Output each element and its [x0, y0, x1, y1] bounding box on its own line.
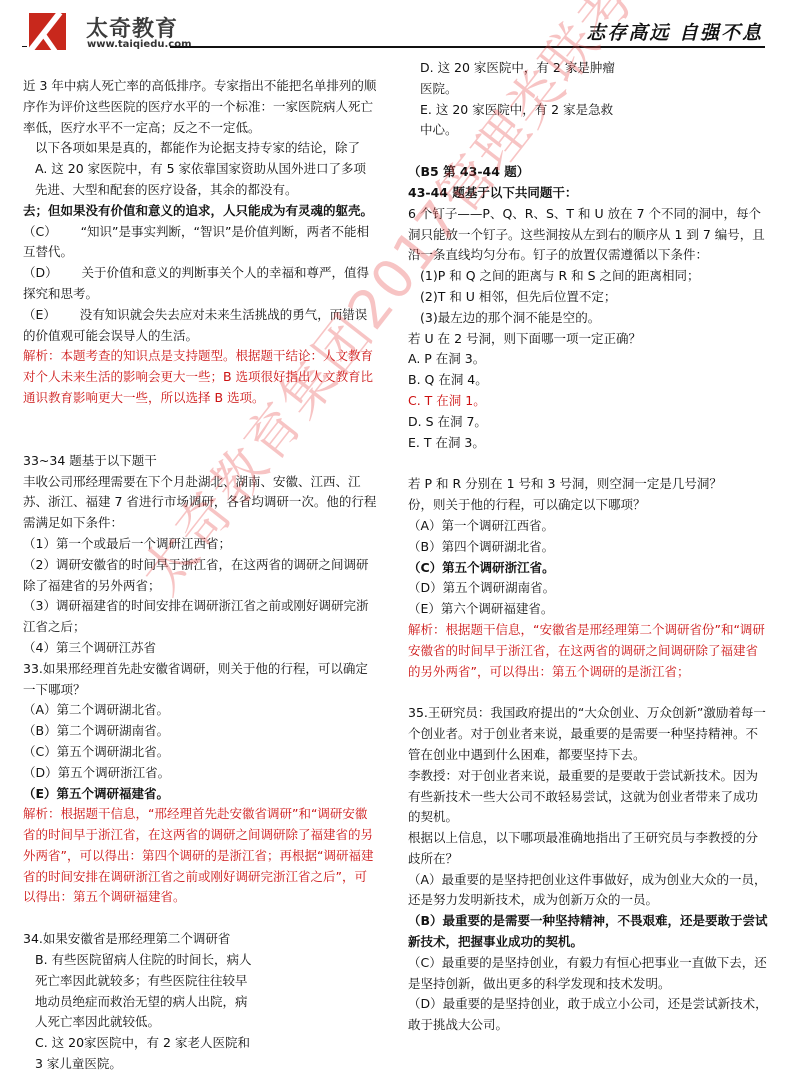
right-column: D. 这 20 家医院中，有 2 家是肿瘤医院。 E. 这 20 家医院中，有 … — [408, 58, 768, 1036]
condition-2: （2）调研安徽省的时间早于浙江省，在这两省的调研之间调研除了福建省的另外两省； — [23, 555, 378, 597]
peg-condition-1: (1)P 和 Q 之间的距离与 R 和 S 之间的距离相同； — [408, 266, 768, 287]
q43-question: 若 U 在 2 号洞，则下面哪一项一定正确？ — [408, 329, 768, 350]
brand-url: www.taiqiedu.com — [87, 39, 192, 50]
q33-analysis: 解析：根据题干信息，“邢经理首先赴安徽省调研”和“调研安徽省的时间早于浙江省，在… — [23, 804, 378, 908]
b5-heading: （B5 第 43-44 题） — [408, 162, 768, 183]
prev-option-e: （E） 没有知识就会失去应对未来生活挑战的勇气，而错误的价值观可能会误导人的生活… — [23, 305, 378, 347]
peg-condition-2: (2)T 和 U 相邻，但先后位置不定； — [408, 287, 768, 308]
prev-analysis: 解析：本题考查的知识点是支持题型。根据题干结论：人文教育对个人未来生活的影响会更… — [23, 346, 378, 408]
q43-option-e: E. T 在洞 3。 — [408, 433, 768, 454]
q35-stem-wang: 35.王研究员：我国政府提出的“大众创业、万众创新”激励着每一个创业者。对于创业… — [408, 703, 768, 765]
q34-analysis: 解析：根据题干信息，“安徽省是邢经理第二个调研省份”和“调研安徽省的时间早于浙江… — [408, 620, 768, 682]
q34-option-d: （D）第五个调研湖南省。 — [408, 578, 768, 599]
q43-44-stem: 6 个钉子——P、Q、R、S、T 和 U 放在 7 个不同的洞中，每个洞只能放一… — [408, 204, 768, 266]
misplaced-option-c: C. 这 20家医院中，有 2 家老人医院和 3 家儿童医院。 — [23, 1033, 255, 1071]
q35-option-a: （A）最重要的是坚持把创业这件事做好，成为创业大众的一员，还是努力发明新技术，成… — [408, 870, 768, 912]
q32-stem-tail: 近 3 年中病人死亡率的高低排序。专家指出不能把名单排列的顺序作为评价这些医院的… — [23, 76, 378, 138]
bold-statement: 去；但如果没有价值和意义的追求，人只能成为有灵魂的躯壳。 — [23, 201, 378, 222]
q34-option-c-answer: （C）第五个调研浙江省。 — [408, 558, 768, 579]
condition-4: （4）第三个调研江苏省 — [23, 638, 378, 659]
q35-question: 根据以上信息，以下哪项最准确地指出了王研究员与李教授的分歧所在？ — [408, 828, 768, 870]
q33-option-e-answer: （E）第五个调研福建省。 — [23, 784, 378, 805]
q43-option-a: A. P 在洞 3。 — [408, 349, 768, 370]
misplaced-option-e: E. 这 20 家医院中，有 2 家是急救中心。 — [408, 100, 620, 142]
q33-option-d: （D）第五个调研浙江省。 — [23, 763, 378, 784]
q34-question: 34.如果安徽省是邢经理第二个调研省 — [23, 929, 378, 950]
header-divider — [170, 46, 765, 48]
q34-option-e: （E）第六个调研福建省。 — [408, 599, 768, 620]
header-dash — [22, 46, 27, 47]
condition-3: （3）调研福建省的时间安排在调研浙江省之前或刚好调研完浙江省之后； — [23, 596, 378, 638]
q35-stem-li: 李教授：对于创业者来说，最重要的是要敢于尝试新技术。因为有些新技术一些大公司不敢… — [408, 766, 768, 828]
slogan: 志存高远 自强不息 — [586, 18, 763, 45]
q34-option-b: （B）第四个调研湖北省。 — [408, 537, 768, 558]
prev-option-d: （D） 关于价值和意义的判断事关个人的幸福和尊严，值得探究和思考。 — [23, 263, 378, 305]
q33-34-heading: 33~34 题基于以下题干 — [23, 451, 378, 472]
q35-option-c: （C）最重要的是坚持创业，有毅力有恒心把事业一直做下去，还是坚持创新，做出更多的… — [408, 953, 768, 995]
misplaced-option-d: D. 这 20 家医院中，有 2 家是肿瘤医院。 — [408, 58, 620, 100]
q34-option-a: （A）第一个调研江西省。 — [408, 516, 768, 537]
q33-option-a: （A）第二个调研湖北省。 — [23, 700, 378, 721]
q43-44-heading: 43-44 题基于以下共同题干： — [408, 183, 768, 204]
q33-34-stem: 丰收公司邢经理需要在下个月赴湖北、湖南、安徽、江西、江苏、浙江、福建 7 省进行… — [23, 472, 378, 534]
page-header: 太奇教育 www.taiqiedu.com 志存高远 自强不息 — [0, 0, 793, 60]
left-column: 近 3 年中病人死亡率的高低排序。专家指出不能把名单排列的顺序作为评价这些医院的… — [23, 76, 378, 1071]
q33-option-c: （C）第五个调研湖北省。 — [23, 742, 378, 763]
q35-option-d: （D）最重要的是坚持创业，敢于成立小公司，还是尝试新技术，敢于挑战大公司。 — [408, 994, 768, 1036]
q43-option-c-answer: C. T 在洞 1。 — [408, 391, 768, 412]
peg-condition-3: (3)最左边的那个洞不能是空的。 — [408, 308, 768, 329]
q43-option-d: D. S 在洞 7。 — [408, 412, 768, 433]
q34-question-continued: 份，则关于他的行程，可以确定以下哪项？ — [408, 495, 768, 516]
q35-option-b-answer: （B）最重要的是需要一种坚持精神，不畏艰难，还是要敢于尝试新技术，把握事业成功的… — [408, 911, 768, 953]
q33-question: 33.如果邢经理首先赴安徽省调研，则关于他的行程，可以确定一下哪项？ — [23, 659, 378, 701]
k-logo-icon — [29, 13, 66, 50]
q44-question: 若 P 和 R 分别在 1 号和 3 号洞，则空洞一定是几号洞？ — [408, 474, 768, 495]
q32-question: 以下各项如果是真的，都能作为论据支持专家的结论，除了 — [23, 138, 378, 159]
q32-option-a: A. 这 20 家医院中，有 5 家依靠国家资助从国外进口了多项先进、大型和配套… — [23, 159, 378, 201]
q43-option-b: B. Q 在洞 4。 — [408, 370, 768, 391]
prev-option-c: （C） “知识”是事实判断，“智识”是价值判断，两者不能相互替代。 — [23, 222, 378, 264]
q33-option-b: （B）第二个调研湖南省。 — [23, 721, 378, 742]
condition-1: （1）第一个或最后一个调研江西省； — [23, 534, 378, 555]
misplaced-option-b: B. 有些医院留病人住院的时间长，病人死亡率因此就较多；有些医院往往较早地动员绝… — [23, 950, 255, 1033]
